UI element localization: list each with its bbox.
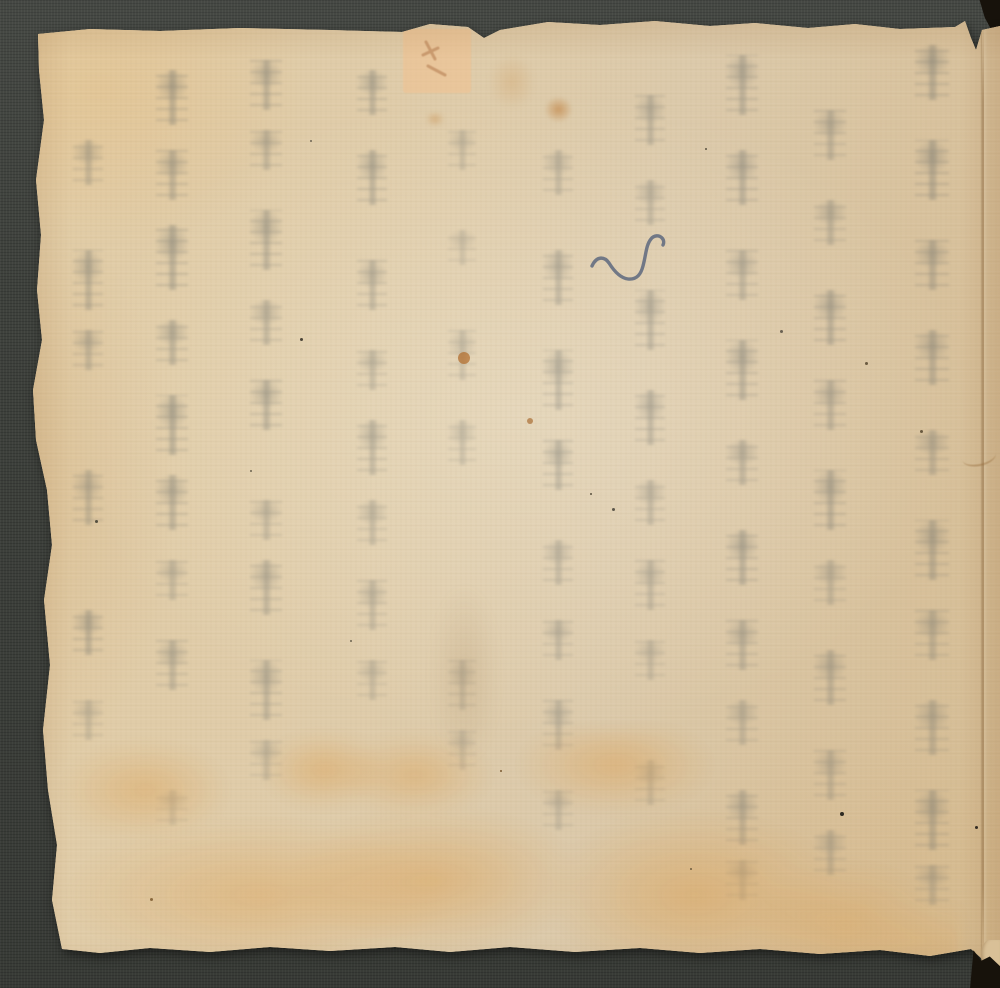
paper-speck — [350, 640, 352, 642]
fold-crease-right — [982, 28, 984, 962]
bleedthrough-glyph-smudge — [250, 660, 282, 720]
bleedthrough-glyph-smudge — [915, 865, 949, 905]
bleedthrough-glyph-smudge — [635, 180, 665, 225]
bleedthrough-glyph-smudge — [156, 790, 188, 825]
bleedthrough-glyph-smudge — [543, 440, 573, 490]
ink-bleedthrough-layer — [0, 0, 1000, 988]
bleedthrough-glyph-smudge — [543, 150, 573, 195]
bleedthrough-glyph-smudge — [73, 470, 103, 525]
bleedthrough-glyph-smudge — [726, 700, 758, 745]
bleedthrough-glyph-smudge — [543, 790, 573, 830]
bleedthrough-glyph-smudge — [156, 640, 188, 690]
edge-shading-overlay — [0, 0, 1000, 988]
bleedthrough-glyph-smudge — [448, 420, 476, 465]
bleedthrough-glyph-smudge — [635, 390, 665, 445]
photograph-of-manuscript — [0, 0, 1000, 988]
bleedthrough-glyph-smudge — [915, 610, 949, 660]
bleedthrough-glyph-smudge — [635, 560, 665, 610]
paper-speck — [250, 470, 252, 472]
bleedthrough-glyph-smudge — [915, 700, 949, 755]
paper-speck — [690, 868, 692, 870]
bleedthrough-glyph-smudge — [543, 250, 573, 305]
bleedthrough-glyph-smudge — [448, 130, 476, 170]
bleedthrough-glyph-smudge — [915, 790, 949, 850]
bleedthrough-glyph-smudge — [915, 45, 949, 100]
bleedthrough-glyph-smudge — [814, 560, 846, 605]
bleedthrough-glyph-smudge — [726, 440, 758, 485]
paper-speck — [975, 826, 978, 829]
bleedthrough-glyph-smudge — [635, 640, 665, 680]
bleedthrough-glyph-smudge — [73, 250, 103, 310]
bleedthrough-glyph-smudge — [543, 540, 573, 585]
bleedthrough-glyph-smudge — [726, 790, 758, 845]
bleedthrough-glyph-smudge — [726, 530, 758, 585]
paper-speck — [458, 352, 470, 364]
bleedthrough-glyph-smudge — [156, 320, 188, 365]
bleedthrough-glyph-smudge — [250, 130, 282, 170]
bleedthrough-glyph-smudge — [543, 700, 573, 750]
bleedthrough-column — [357, 0, 387, 988]
bleedthrough-glyph-smudge — [635, 290, 665, 350]
bleedthrough-glyph-smudge — [915, 240, 949, 290]
bleedthrough-glyph-smudge — [814, 830, 846, 875]
bleedthrough-glyph-smudge — [250, 210, 282, 270]
manuscript-page — [0, 0, 1000, 988]
paper-speck — [705, 148, 707, 150]
bleedthrough-glyph-smudge — [543, 620, 573, 660]
water-stain-bottom — [10, 730, 960, 965]
bleedthrough-glyph-smudge — [357, 70, 387, 115]
bleedthrough-column — [543, 0, 573, 988]
bleedthrough-glyph-smudge — [250, 380, 282, 430]
bleedthrough-glyph-smudge — [156, 560, 188, 600]
seal-stamp — [402, 28, 472, 94]
paper-shadow-wrapper — [0, 0, 1000, 988]
center-soft-shadow — [420, 550, 510, 800]
bleedthrough-glyph-smudge — [357, 580, 387, 630]
bleedthrough-glyph-smudge — [357, 260, 387, 310]
paper-speck — [95, 520, 98, 523]
bleedthrough-glyph-smudge — [726, 340, 758, 400]
bleedthrough-glyph-smudge — [814, 200, 846, 245]
paper-speck — [865, 362, 868, 365]
bleedthrough-glyph-smudge — [814, 650, 846, 705]
paper-speck — [920, 430, 923, 433]
paper-speck — [840, 812, 844, 816]
bleedthrough-column — [448, 0, 476, 988]
paper-speck — [780, 330, 783, 333]
bleedthrough-glyph-smudge — [448, 660, 476, 710]
bleedthrough-glyph-smudge — [156, 225, 188, 290]
bleedthrough-glyph-smudge — [73, 330, 103, 370]
small-stain — [545, 97, 572, 122]
bleedthrough-glyph-smudge — [156, 395, 188, 455]
bleedthrough-column — [915, 0, 949, 988]
bleedthrough-glyph-smudge — [635, 760, 665, 805]
binding-thread — [961, 445, 998, 470]
bleedthrough-column — [726, 0, 758, 988]
bleedthrough-glyph-smudge — [156, 475, 188, 530]
bleedthrough-glyph-smudge — [448, 730, 476, 770]
bleedthrough-glyph-smudge — [814, 380, 846, 430]
bleedthrough-glyph-smudge — [357, 150, 387, 205]
bleedthrough-glyph-smudge — [357, 500, 387, 545]
bleedthrough-column — [814, 0, 846, 988]
bleedthrough-glyph-smudge — [915, 330, 949, 385]
bleedthrough-glyph-smudge — [250, 300, 282, 345]
bleedthrough-column — [156, 0, 188, 988]
bleedthrough-glyph-smudge — [357, 660, 387, 700]
bleedthrough-glyph-smudge — [73, 610, 103, 655]
bleedthrough-glyph-smudge — [250, 500, 282, 540]
bleedthrough-glyph-smudge — [250, 60, 282, 110]
bleedthrough-glyph-smudge — [726, 250, 758, 300]
bleedthrough-glyph-smudge — [915, 430, 949, 475]
small-stain — [490, 56, 534, 108]
bleedthrough-glyph-smudge — [73, 700, 103, 740]
bleedthrough-glyph-smudge — [814, 290, 846, 345]
bleedthrough-glyph-smudge — [814, 110, 846, 160]
bleedthrough-glyph-smudge — [448, 330, 476, 380]
bleedthrough-glyph-smudge — [915, 140, 949, 200]
paper-speck — [310, 140, 312, 142]
bleedthrough-glyph-smudge — [543, 350, 573, 410]
ink-squiggle — [0, 0, 1000, 988]
bleedthrough-glyph-smudge — [73, 140, 103, 185]
bleedthrough-glyph-smudge — [726, 150, 758, 205]
bleedthrough-glyph-smudge — [915, 520, 949, 580]
bleedthrough-glyph-smudge — [156, 70, 188, 125]
bleedthrough-glyph-smudge — [726, 860, 758, 900]
small-stain — [426, 112, 444, 126]
bleedthrough-glyph-smudge — [357, 420, 387, 475]
paper-speck — [300, 338, 303, 341]
bleedthrough-glyph-smudge — [814, 750, 846, 800]
bleedthrough-column — [635, 0, 665, 988]
paper-speck — [527, 418, 533, 424]
bleedthrough-glyph-smudge — [635, 480, 665, 525]
paper-fiber-texture — [0, 0, 1000, 988]
bleedthrough-glyph-smudge — [726, 55, 758, 115]
paper-speck — [612, 508, 615, 511]
paper-speck — [500, 770, 502, 772]
bleedthrough-glyph-smudge — [357, 350, 387, 390]
paper-speck — [150, 898, 153, 901]
bleedthrough-glyph-smudge — [250, 740, 282, 780]
bleedthrough-column — [250, 0, 282, 988]
bleedthrough-glyph-smudge — [156, 150, 188, 200]
bleedthrough-column — [73, 0, 103, 988]
bleedthrough-glyph-smudge — [250, 560, 282, 615]
bleedthrough-glyph-smudge — [448, 230, 476, 265]
bleedthrough-glyph-smudge — [726, 620, 758, 670]
bleedthrough-glyph-smudge — [635, 95, 665, 145]
bleedthrough-glyph-smudge — [814, 470, 846, 530]
paper-speck — [590, 493, 592, 495]
